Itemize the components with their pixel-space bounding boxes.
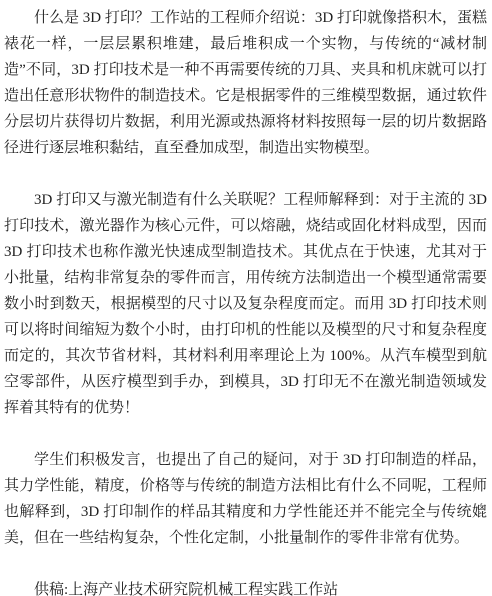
byline-contributor: 供稿:上海产业技术研究院机械工程实践工作站 <box>4 577 487 596</box>
paragraph-what-is-3d-printing: 什么是 3D 打印？工作站的工程师介绍说：3D 打印就像搭积木，蛋糕裱花一样，一… <box>4 5 487 161</box>
paragraph-3d-printing-and-laser-manufacturing: 3D 打印又与激光制造有什么关联呢？工程师解释到：对于主流的 3D 打印技术，激… <box>4 187 487 421</box>
paragraph-student-questions: 学生们积极发言，也提出了自己的疑问，对于 3D 打印制造的样品，其力学性能，精度… <box>4 447 487 551</box>
document-page: 什么是 3D 打印？工作站的工程师介绍说：3D 打印就像搭积木，蛋糕裱花一样，一… <box>0 0 492 596</box>
